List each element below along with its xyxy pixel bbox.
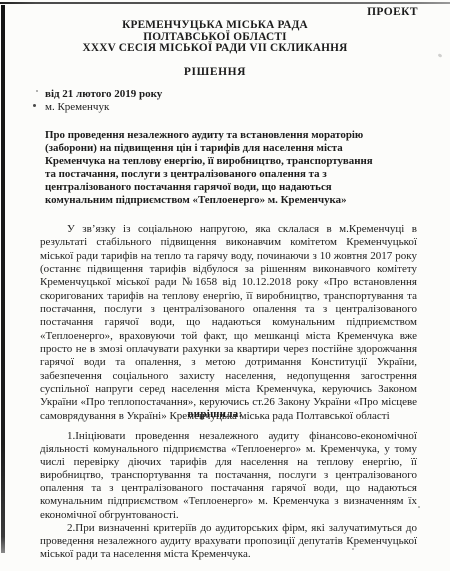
- resolution-item-1: 1.Ініціювати проведення незалежного ауди…: [40, 430, 417, 522]
- date-line: від 21 лютого 2019 року: [45, 88, 162, 100]
- preamble-paragraph: У зв’язку із соціальною напругою, яка ск…: [40, 223, 417, 423]
- document-page: ПРОЕКТ КРЕМЕНЧУЦЬКА МІСЬКА РАДА ПОЛТАВСЬ…: [0, 0, 450, 571]
- scan-speck: [36, 90, 38, 92]
- scan-edge-left: [1, 5, 5, 553]
- org-name-line: КРЕМЕНЧУЦЬКА МІСЬКА РАДА: [0, 20, 430, 32]
- scan-speck: [418, 506, 420, 508]
- scan-edge-top: [0, 2, 450, 4]
- subject-paragraph: Про проведення незалежного аудиту та вст…: [45, 129, 380, 208]
- resolution-item-2: 2.При визначенні критеріїв до аудиторськ…: [40, 522, 417, 561]
- document-type-heading: РІШЕННЯ: [0, 66, 430, 78]
- city-line: м. Кременчук: [45, 101, 109, 113]
- scan-speck: [438, 53, 443, 58]
- scan-speck: [33, 104, 36, 107]
- resolved-heading: вирішила:: [0, 408, 430, 420]
- resolution-items: 1.Ініціювати проведення незалежного ауди…: [40, 430, 417, 561]
- org-header: КРЕМЕНЧУЦЬКА МІСЬКА РАДА ПОЛТАВСЬКОЇ ОБЛ…: [0, 20, 430, 55]
- draft-label: ПРОЕКТ: [367, 6, 418, 18]
- session-line: XXXV СЕСІЯ МІСЬКОЇ РАДИ VII СКЛИКАННЯ: [0, 43, 430, 55]
- scan-speck: [352, 548, 354, 550]
